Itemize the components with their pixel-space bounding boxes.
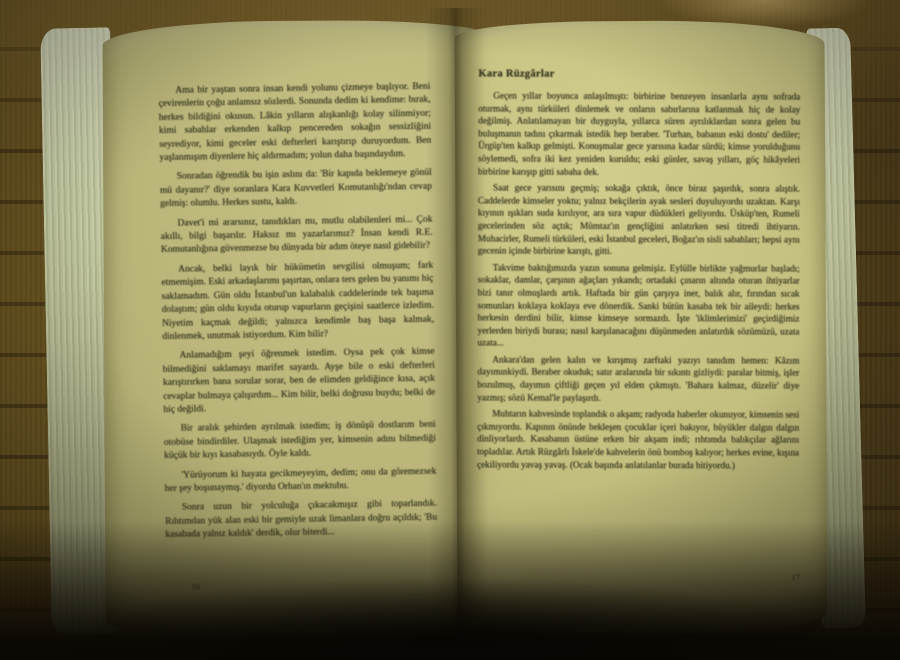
paragraph: Anlamadığım şeyi öğrenmek istedim. Oysa … <box>162 346 435 417</box>
right-page-paragraphs: Geçen yıllar boyunca anlaşılmıştı: birbi… <box>477 89 800 471</box>
paragraph: Takvime baktığımızda yazın sonuna gelmiş… <box>477 261 799 350</box>
right-page-number: 17 <box>791 572 800 582</box>
paragraph: Geçen yıllar boyunca anlaşılmıştı: birbi… <box>478 89 800 178</box>
paragraph: Sonra uzun bir yolculuğa çıkacakmışız gi… <box>165 498 438 542</box>
paragraph: Saat gece yarısını geçmiş; sokağa çıktık… <box>478 182 800 259</box>
paragraph: Ama bir yaştan sonra insan kendi yolunu … <box>158 81 431 166</box>
left-page-number: 16 <box>191 581 200 591</box>
chapter-heading: Kara Rüzgârlar <box>478 68 800 80</box>
left-page: Ama bir yaştan sonra insan kendi yolunu … <box>102 20 491 642</box>
paragraph: Sonradan öğrendik bu işin aslını da: 'Bi… <box>160 167 433 211</box>
paragraph: Muhtarın kahvesinde toplandık o akşam; r… <box>477 408 799 472</box>
photo-of-open-book: Ama bir yaştan sonra insan kendi yolunu … <box>0 0 900 660</box>
paragraph: 'Yürüyorum ki hayata gecikmeyeyim, dedim… <box>164 465 436 496</box>
paragraph: Ancak, belki layık bir hükümetin sevgili… <box>161 260 434 345</box>
left-page-text: Ama bir yaştan sonra insan kendi yolunu … <box>158 81 437 549</box>
paragraph: Ankara'dan gelen kalın ve kırışmış zarft… <box>477 353 799 404</box>
right-page-text: Kara Rüzgârlar Geçen yıllar boyunca anla… <box>477 68 800 475</box>
right-page: Kara Rüzgârlar Geçen yıllar boyunca anla… <box>454 20 827 636</box>
open-book: Ama bir yaştan sonra insan kendi yolunu … <box>40 6 861 652</box>
paragraph: Bir aralık şehirden ayrılmak istedim; iş… <box>164 419 437 463</box>
paragraph: Davet'i mi ararsınız, tanıdıkları mı, mu… <box>160 213 433 257</box>
